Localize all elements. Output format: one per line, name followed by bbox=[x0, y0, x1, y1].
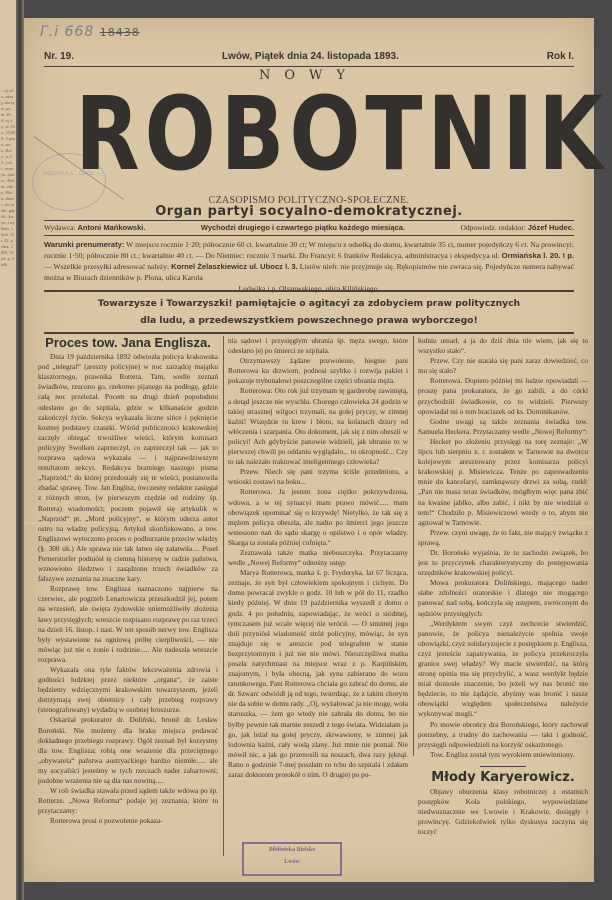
divider bbox=[44, 332, 574, 334]
column-1: Proces tow. Jana Englisza. Dnia 19 paźdz… bbox=[38, 336, 218, 827]
shelf-mark: Γ.i 668 bbox=[40, 24, 94, 40]
issue-date: Lwów, Piątek dnia 24. listopada 1893. bbox=[222, 51, 399, 62]
divider bbox=[44, 235, 574, 236]
column-rule bbox=[413, 336, 414, 756]
masthead-organ: Organ partyi socyalno-demokratycznej. bbox=[24, 204, 594, 219]
masthead-title: ROBOTNIK bbox=[75, 80, 542, 190]
library-stamp-rect: Biblioteka Bielsko Lwów bbox=[242, 842, 342, 876]
column-2: nia sądowi i przysięgłym ubrania śp. męż… bbox=[228, 336, 408, 780]
column-3: łudniu umarł, a ja do dziś dnia nie wiem… bbox=[418, 336, 588, 838]
issue-line: Nr. 19. Lwów, Piątek dnia 24. listopada … bbox=[44, 51, 574, 62]
editor: Odpowiedz. redaktor: Józef Hudec. bbox=[460, 223, 574, 232]
appeal-banner: Towarzysze i Towarzyszki! pamiętajcie o … bbox=[44, 295, 574, 329]
binding-spine bbox=[16, 0, 24, 900]
article-headline: Proces tow. Jana Englisza. bbox=[38, 338, 218, 348]
article-separator bbox=[480, 766, 526, 767]
issue-year: Rok I. bbox=[547, 51, 574, 62]
publisher-line: Wydawca: Antoni Mańkowski. Wychodzi drug… bbox=[44, 223, 574, 232]
divider bbox=[44, 290, 574, 292]
publisher: Wydawca: Antoni Mańkowski. bbox=[44, 223, 145, 232]
column-rule bbox=[223, 336, 224, 856]
article-columns: Proces tow. Jana Englisza. Dnia 19 paźdz… bbox=[38, 336, 584, 876]
newspaper-page: Γ.i 668 18438 Nr. 19. Lwów, Piątek dnia … bbox=[24, 18, 594, 882]
frequency: Wychodzi drugiego i czwartego piątku każ… bbox=[201, 223, 405, 232]
divider bbox=[44, 220, 574, 221]
handwritten-note: Γ.i 668 18438 bbox=[40, 24, 140, 40]
divider bbox=[44, 66, 574, 67]
issue-number: Nr. 19. bbox=[44, 51, 74, 62]
previous-page-edge: ...cji rola...ukraj...nia sąd...pism...P… bbox=[0, 0, 16, 900]
catalog-number: 18438 bbox=[100, 26, 140, 39]
subscription-terms: Warunki prenumeraty: W miejscu rocznie 1… bbox=[44, 239, 574, 294]
article-headline: Młody Karyerowicz. bbox=[418, 773, 588, 783]
